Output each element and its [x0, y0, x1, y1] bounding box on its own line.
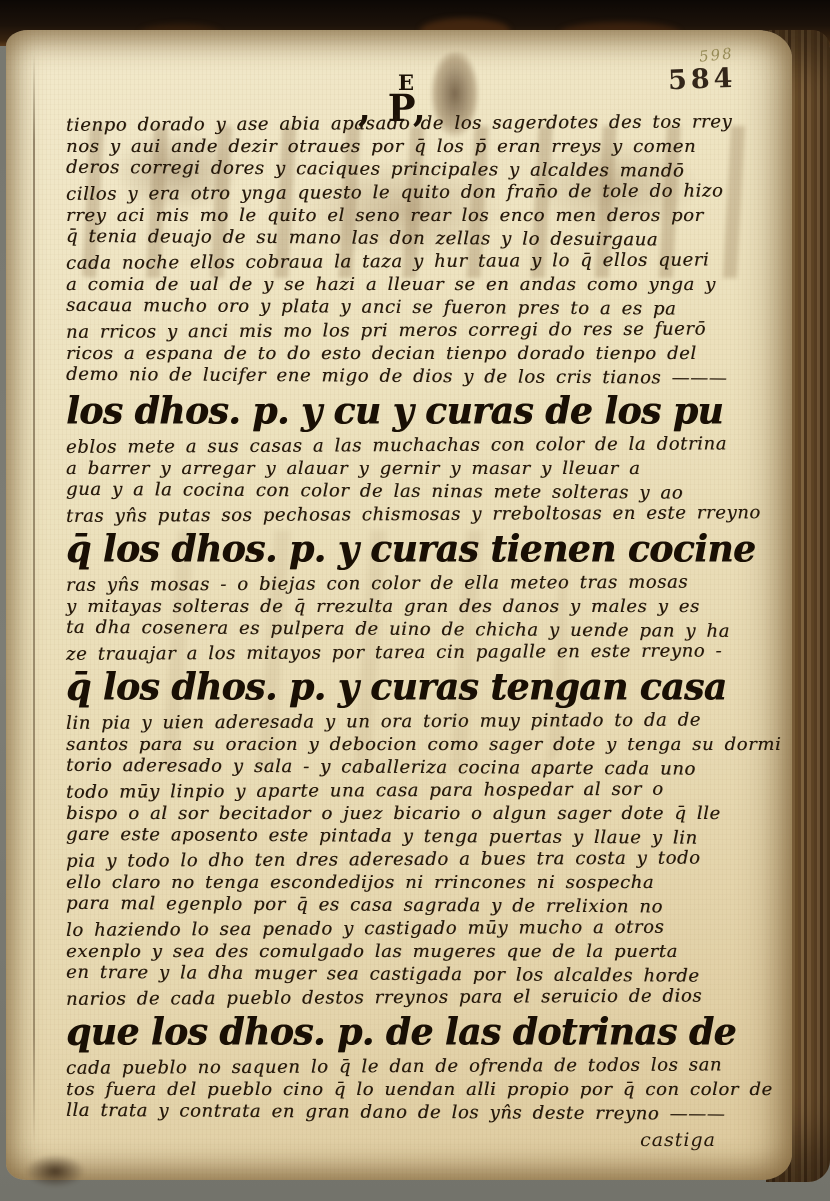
manuscript-line: eblos mete a sus casas a las muchachas c…: [66, 432, 778, 459]
manuscript-paragraph: ras yn̂s mosas - o biejas con color de e…: [66, 572, 778, 664]
section-heading: q̄ los dhos. p. y curas tengan casa: [66, 663, 778, 711]
manuscript-line: pia y todo lo dho ten dres aderesado a b…: [66, 846, 778, 873]
manuscript-paragraph: lin pia y uien aderesada y un ora torio …: [66, 710, 778, 1009]
manuscript-photo: 598 584 E , P, tienpo dorado y ase abia …: [0, 0, 830, 1201]
manuscript-line: rrey aci mis mo le quito el seno rear lo…: [66, 204, 778, 227]
manuscript-line: lo haziendo lo sea penado y castigado mū…: [66, 915, 778, 942]
manuscript-sections: tienpo dorado y ase abia apasado de los …: [66, 112, 778, 1124]
manuscript-line: exenplo y sea des comulgado las mugeres …: [66, 940, 778, 963]
manuscript-line: cada pueblo no saquen lo q̄ le dan de of…: [66, 1053, 778, 1080]
manuscript-line: a barrer y arregar y alauar y gernir y m…: [66, 457, 778, 480]
manuscript-line: lla trata y contrata en gran dano de los…: [66, 1099, 778, 1126]
manuscript-line: nos y aui ande dezir otraues por q̄ los …: [66, 135, 778, 158]
corner-stain: [24, 1146, 102, 1188]
section-heading: q̄ los dhos. p. y curas tienen cocine: [66, 525, 778, 573]
catchword: castiga: [66, 1128, 778, 1152]
manuscript-line: y mitayas solteras de q̄ rrezulta gran d…: [66, 595, 778, 618]
manuscript-line: ricos a espana de to do esto decian tien…: [66, 342, 778, 365]
manuscript-line: narios de cada pueblo destos rreynos par…: [66, 984, 778, 1011]
folio-number-ink: 584: [667, 63, 736, 96]
manuscript-line: cada noche ellos cobraua la taza y hur t…: [66, 248, 778, 275]
manuscript-paragraph: cada pueblo no saquen lo q̄ le dan de of…: [66, 1055, 778, 1124]
manuscript-line: tras yn̂s putas sos pechosas chismosas y…: [66, 501, 778, 528]
manuscript-line: demo nio de lucifer ene migo de dios y d…: [66, 363, 778, 390]
manuscript-paragraph: eblos mete a sus casas a las muchachas c…: [66, 434, 778, 526]
manuscript-text-block: tienpo dorado y ase abia apasado de los …: [66, 112, 778, 1152]
manuscript-page: 598 584 E , P, tienpo dorado y ase abia …: [6, 30, 792, 1180]
gutter-crease-line: [33, 54, 35, 1144]
manuscript-line: a comia de ual de y se hazi a lleuar se …: [66, 273, 778, 296]
manuscript-line: bispo o al sor becitador o juez bicario …: [66, 802, 778, 825]
manuscript-line: tos fuera del pueblo cino q̄ lo uendan a…: [66, 1078, 778, 1101]
manuscript-line: cillos y era otro ynga questo le quito d…: [66, 179, 778, 206]
manuscript-line: ras yn̂s mosas - o biejas con color de e…: [66, 570, 778, 597]
manuscript-line: ello claro no tenga escondedijos ni rrin…: [66, 871, 778, 894]
manuscript-line: santos para su oracion y debocion como s…: [66, 733, 778, 756]
manuscript-line: todo mūy linpio y aparte una casa para h…: [66, 777, 778, 804]
manuscript-line: tienpo dorado y ase abia apasado de los …: [66, 110, 778, 137]
section-heading: los dhos. p. y cu y curas de los pu: [66, 387, 778, 435]
section-heading: que los dhos. p. de las dotrinas de: [66, 1008, 778, 1056]
manuscript-line: na rricos y anci mis mo los pri meros co…: [66, 317, 778, 344]
manuscript-line: ze trauajar a los mitayos por tarea cin …: [66, 639, 778, 666]
manuscript-paragraph: tienpo dorado y ase abia apasado de los …: [66, 112, 778, 388]
manuscript-line: lin pia y uien aderesada y un ora torio …: [66, 708, 778, 735]
